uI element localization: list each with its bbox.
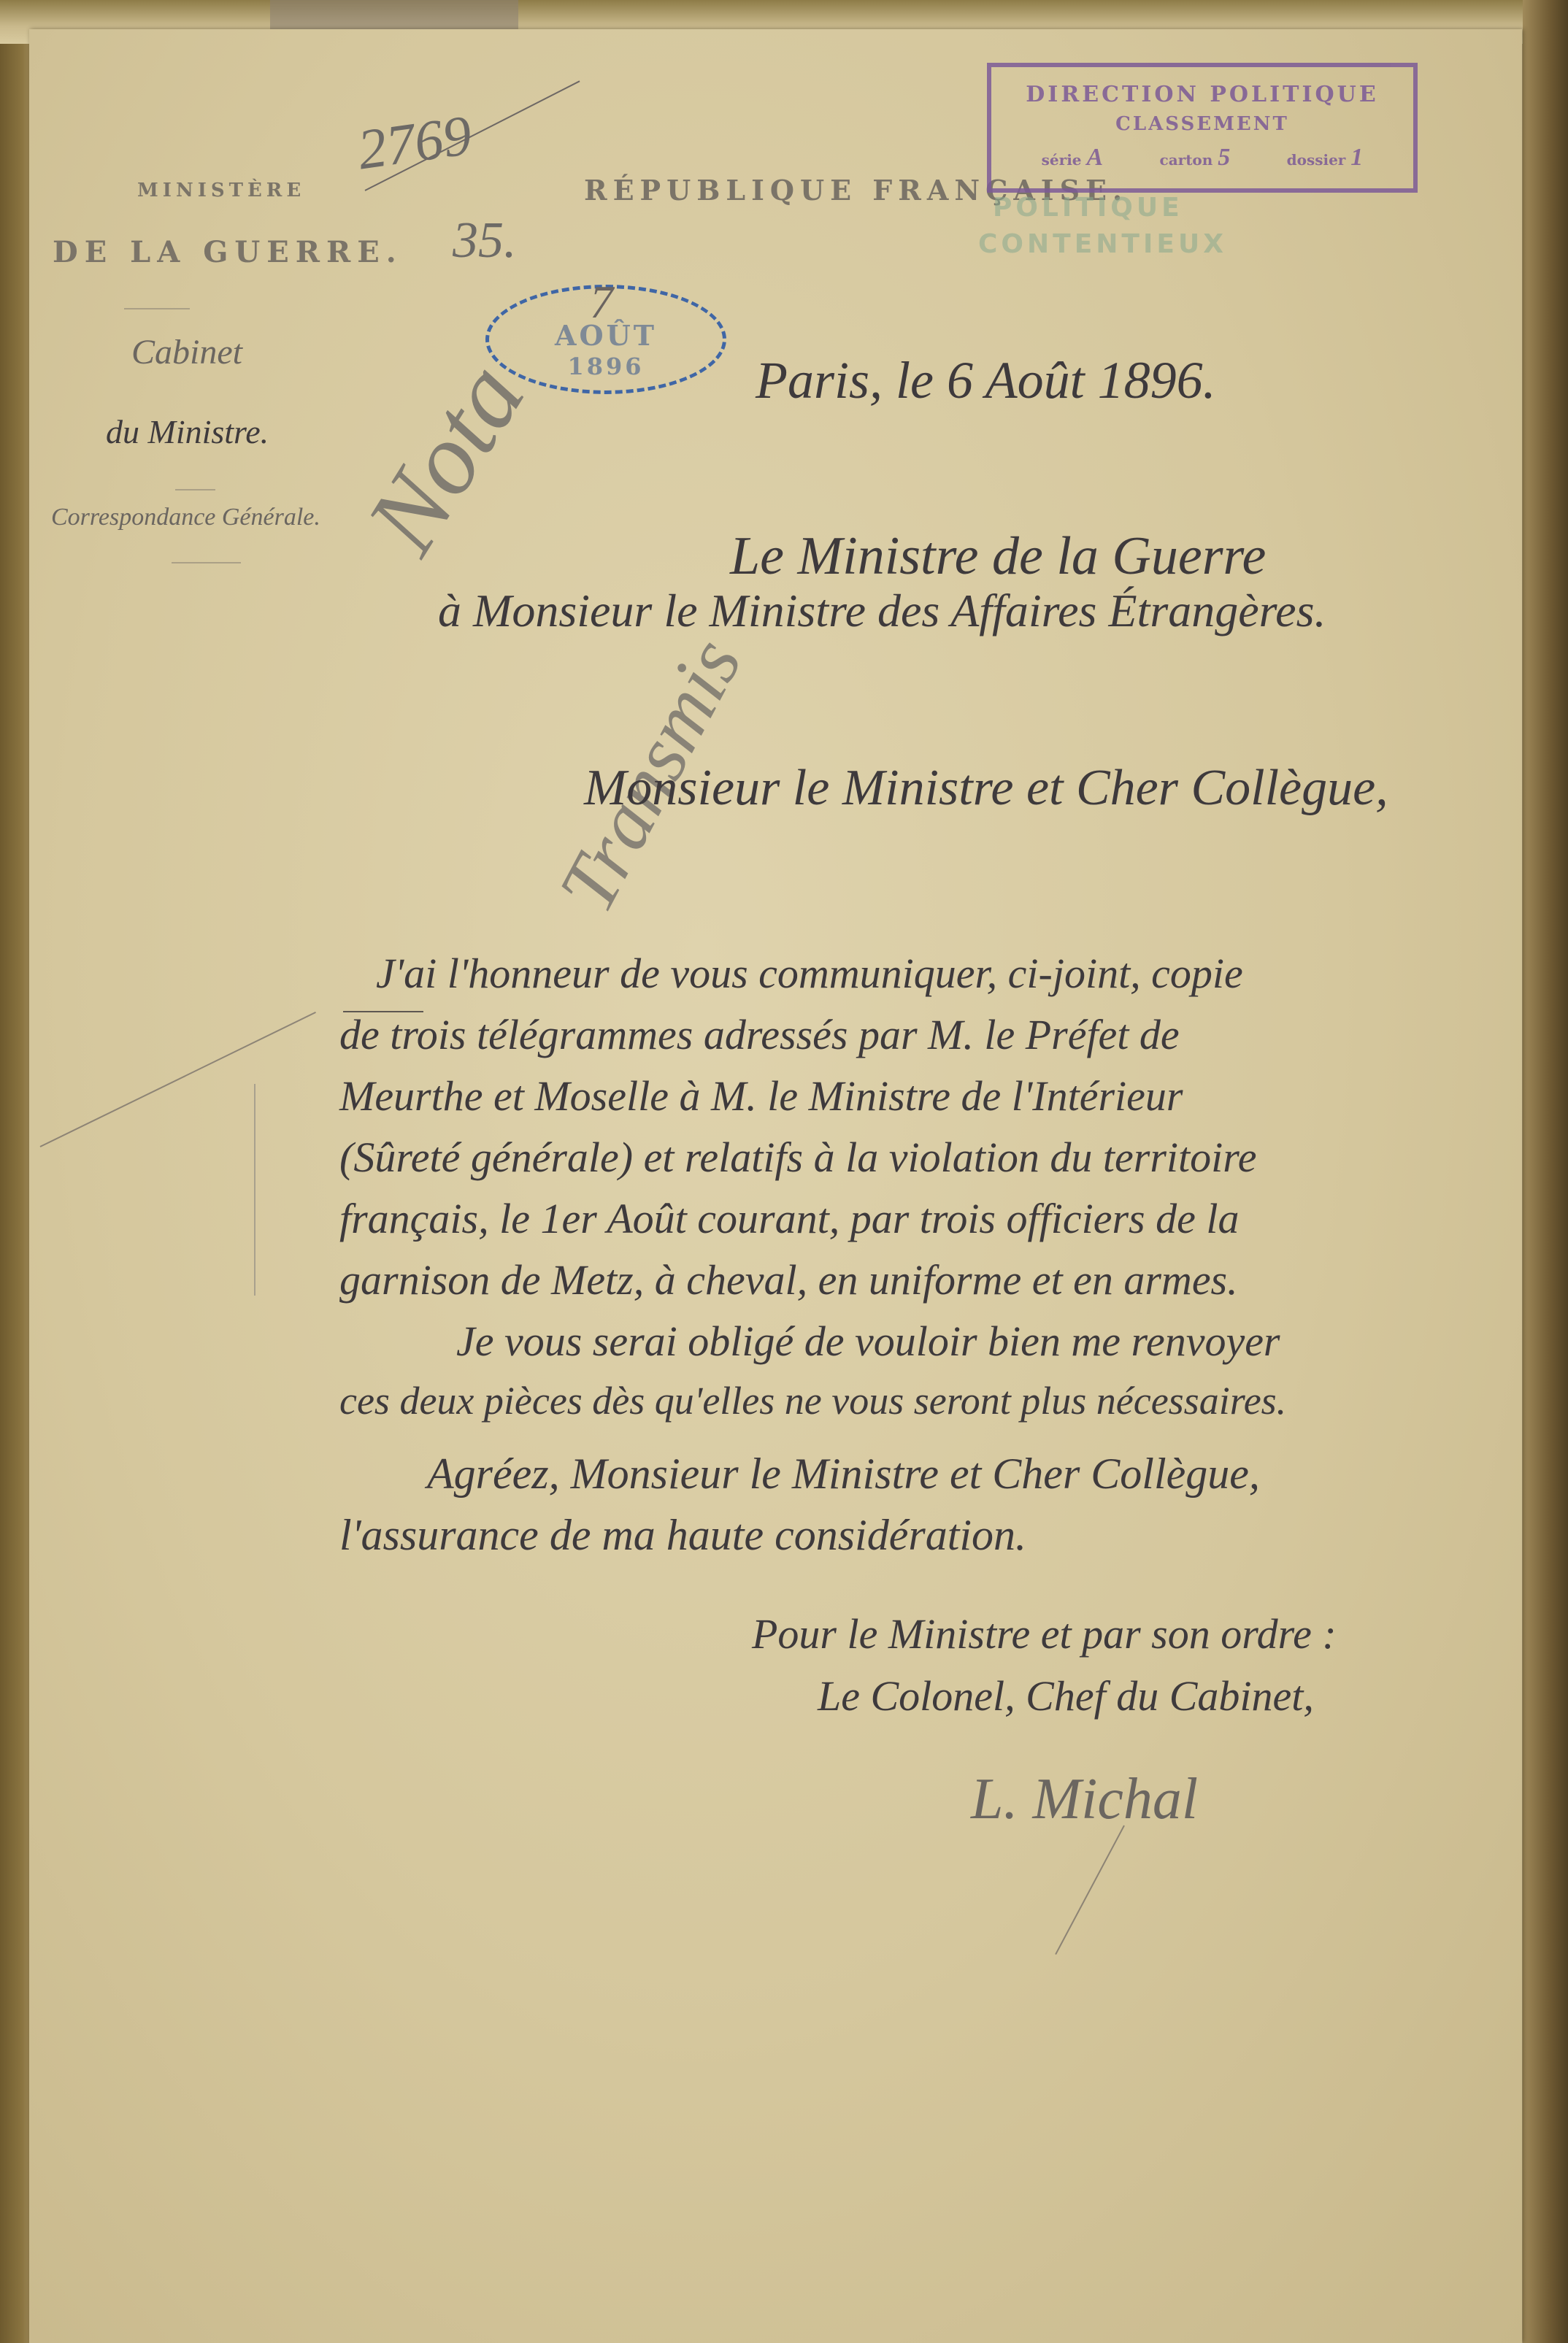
register-sub-number: 35. (453, 212, 517, 270)
folder-tab (270, 0, 518, 29)
signature-line2: Le Colonel, Chef du Cabinet, (818, 1671, 1314, 1720)
body-line: Je vous serai obligé de vouloir bien me … (339, 1317, 1286, 1378)
body-line: garnison de Metz, à cheval, en uniforme … (339, 1255, 1286, 1317)
stamp-direction: DIRECTION POLITIQUE (991, 82, 1413, 107)
closing: Agréez, Monsieur le Ministre et Cher Col… (339, 1449, 1260, 1571)
letterhead-office-line1: Cabinet (131, 332, 242, 372)
carton-label: carton (1160, 151, 1213, 169)
signature: L. Michal (971, 1766, 1198, 1833)
stamp-year: 1896 (489, 353, 723, 380)
letter-body: J'ai l'honneur de vous communiquer, ci-j… (339, 949, 1286, 1439)
dateline: Paris, le 6 Août 1896. (756, 350, 1216, 411)
divider (124, 308, 190, 309)
body-line: de trois télégrammes adressés par M. le … (339, 1010, 1286, 1072)
closing-line: Agréez, Monsieur le Ministre et Cher Col… (339, 1449, 1260, 1510)
divider (175, 489, 215, 490)
body-line: (Sûreté générale) et relatifs à la viola… (339, 1133, 1286, 1194)
sender: Le Ministre de la Guerre (730, 526, 1266, 588)
dossier-label: dossier (1287, 151, 1346, 169)
letterhead-department: Correspondance Générale. (51, 504, 320, 531)
date-received-stamp: 7 AOÛT 1896 (485, 285, 726, 394)
body-line: français, le 1er Août courant, par trois… (339, 1194, 1286, 1255)
body-line: Meurthe et Moselle à M. le Ministre de l… (339, 1072, 1286, 1133)
serie-value: A (1086, 144, 1103, 171)
body-line: J'ai l'honneur de vous communiquer, ci-j… (339, 949, 1286, 1010)
stamp-classement-label: CLASSEMENT (991, 113, 1413, 135)
recipient: à Monsieur le Ministre des Affaires Étra… (438, 584, 1326, 638)
stamp-references: série A carton 5 dossier 1 (991, 144, 1413, 172)
underline-trois (343, 1011, 423, 1012)
dossier-value: 1 (1350, 144, 1363, 171)
faded-stamp-line1: POLITIQUE (949, 190, 1227, 226)
letterhead-office-line2: du Ministre. (106, 412, 269, 451)
carton-value: 5 (1218, 144, 1230, 171)
stamp-month: AOÛT (489, 319, 723, 352)
background-right-edge (1523, 0, 1568, 2343)
letterhead-ministry-line1: MINISTÈRE (137, 180, 305, 201)
serie-label: série (1042, 151, 1082, 169)
faded-stamp: POLITIQUE CONTENTIEUX (949, 190, 1227, 263)
faded-stamp-line2: CONTENTIEUX (949, 226, 1227, 263)
margin-pencil-bracket (254, 1084, 255, 1296)
signature-line1: Pour le Ministre et par son ordre : (752, 1609, 1337, 1658)
classement-stamp: DIRECTION POLITIQUE CLASSEMENT série A c… (987, 63, 1418, 193)
closing-line: l'assurance de ma haute considération. (339, 1510, 1260, 1571)
letterhead-ministry-line2: DE LA GUERRE. (53, 235, 403, 269)
body-line: ces deux pièces dès qu'elles ne vous ser… (339, 1378, 1286, 1439)
divider (172, 562, 241, 563)
salutation: Monsieur le Ministre et Cher Collègue, (584, 759, 1388, 817)
